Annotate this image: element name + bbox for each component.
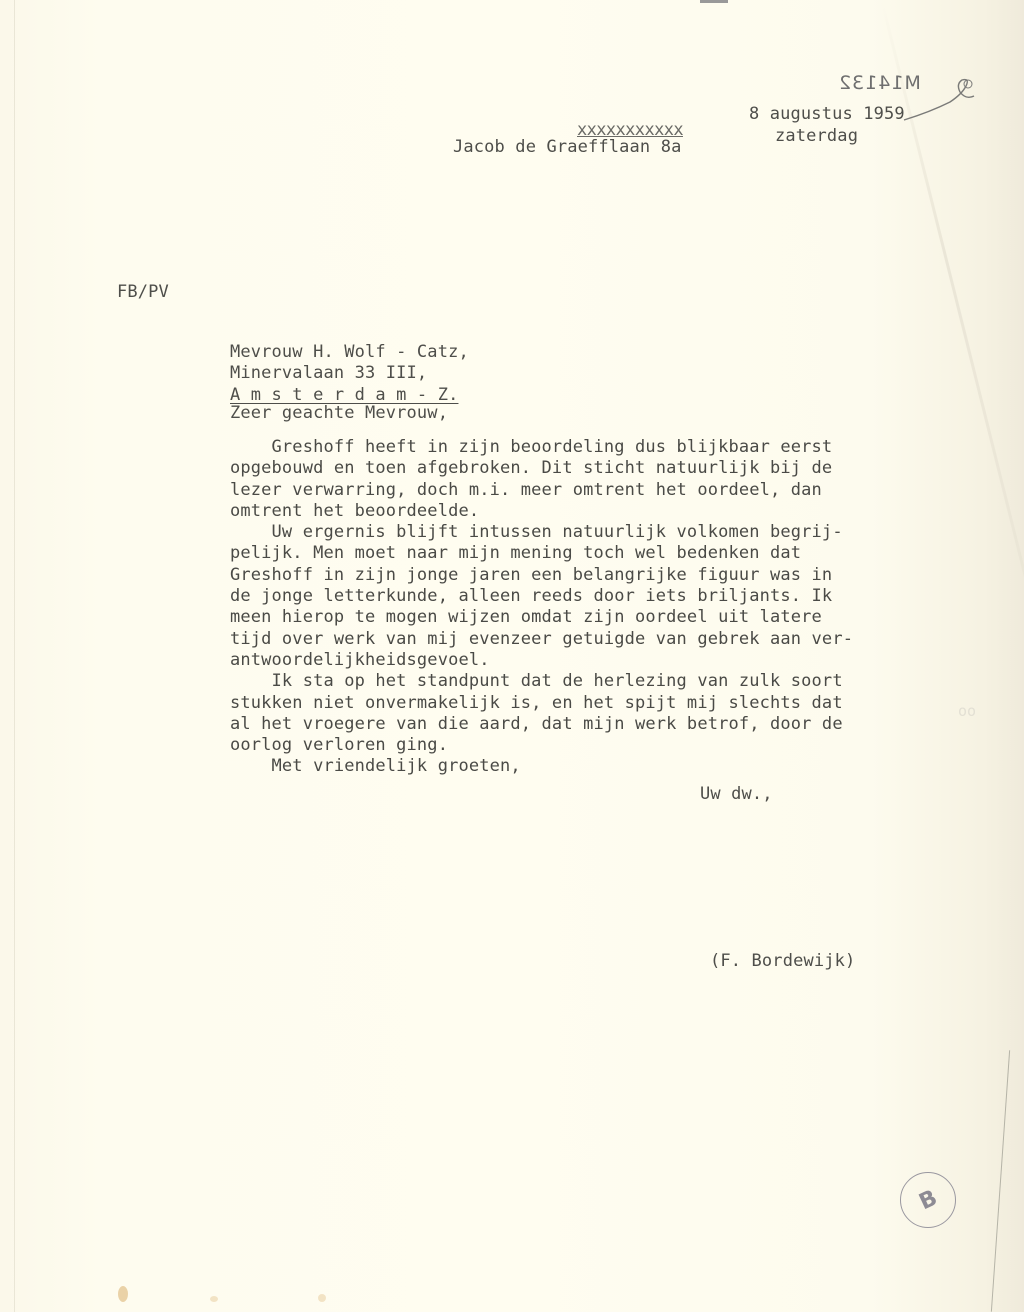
body-line: lezer verwarring, doch m.i. meer omtrent… bbox=[230, 480, 853, 501]
foxing-stain bbox=[118, 1286, 128, 1302]
closing: Uw dw., bbox=[700, 784, 773, 805]
body-line: de jonge letterkunde, alleen reeds door … bbox=[230, 586, 853, 607]
body-line: Ik sta op het standpunt dat de herlezing… bbox=[230, 671, 853, 692]
ink-smudge: oo bbox=[958, 702, 976, 720]
paper-crease bbox=[880, 0, 1024, 1273]
foxing-stain bbox=[210, 1296, 218, 1302]
recipient-street: Minervalaan 33 III, bbox=[230, 363, 469, 384]
top-mark bbox=[700, 0, 728, 3]
body-line: tijd over werk van mij evenzeer getuigde… bbox=[230, 629, 853, 650]
body-line: al het vroegere van die aard, dat mijn w… bbox=[230, 714, 853, 735]
signature: (F. Bordewijk) bbox=[710, 951, 855, 972]
sender-address: Jacob de Graefflaan 8a bbox=[453, 137, 681, 158]
body-line: omtrent het beoordeelde. bbox=[230, 501, 853, 522]
letter-page: M14132 8 augustus 1959 zaterdag xxxxxxxx… bbox=[0, 0, 1024, 1312]
paper-edge bbox=[14, 0, 15, 1312]
archive-stamp: B bbox=[900, 1172, 956, 1228]
body-line: Uw ergernis blijft intussen natuurlijk v… bbox=[230, 522, 853, 543]
body-line: opgebouwd en toen afgebroken. Dit sticht… bbox=[230, 458, 853, 479]
recipient-name: Mevrouw H. Wolf - Catz, bbox=[230, 342, 469, 363]
body-line: Greshoff heeft in zijn beoordeling dus b… bbox=[230, 437, 853, 458]
body-line: antwoordelijkheidsgevoel. bbox=[230, 650, 853, 671]
body-line: pelijk. Men moet naar mijn mening toch w… bbox=[230, 543, 853, 564]
body-line: oorlog verloren ging. bbox=[230, 735, 853, 756]
foxing-stain bbox=[318, 1294, 326, 1302]
recipient-address: Mevrouw H. Wolf - Catz,Minervalaan 33 II… bbox=[230, 342, 469, 406]
letter-body: Greshoff heeft in zijn beoordeling dus b… bbox=[230, 437, 853, 778]
archive-flourish-icon bbox=[900, 72, 980, 122]
paper-edge-right bbox=[991, 1050, 1010, 1311]
body-line: meen hierop te mogen wijzen omdat zijn o… bbox=[230, 607, 853, 628]
salutation: Zeer geachte Mevrouw, bbox=[230, 403, 448, 424]
body-line: stukken niet onvermakelijk is, en het sp… bbox=[230, 693, 853, 714]
letter-date: 8 augustus 1959 bbox=[749, 104, 905, 125]
letter-weekday: zaterdag bbox=[775, 126, 858, 147]
reference-code: FB/PV bbox=[117, 282, 169, 303]
body-line: Met vriendelijk groeten, bbox=[230, 756, 853, 777]
stamp-letter: B bbox=[915, 1185, 941, 1215]
body-line: Greshoff in zijn jonge jaren een belangr… bbox=[230, 565, 853, 586]
